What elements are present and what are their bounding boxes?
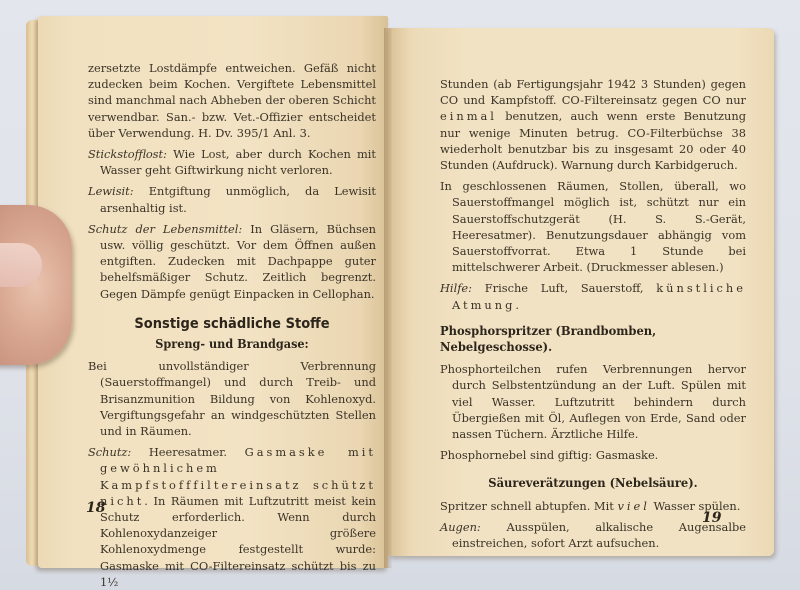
emphasized-text: einmal	[440, 109, 497, 123]
paragraph-text: Wasser spülen.	[650, 499, 740, 513]
term-label: Schutz:	[88, 445, 131, 459]
left-page-text: zersetzte Lostdämpfe entweichen. Gefäß n…	[88, 60, 376, 590]
paragraph-text: Stunden (ab Fertigungsjahr 1942 3 Stunde…	[440, 77, 746, 107]
term-label: Hilfe:	[440, 281, 472, 295]
paragraph-phosphornebel: Phosphornebel sind giftig: Gasmaske.	[440, 447, 746, 463]
paragraph-text: Phosphornebel sind giftig: Gasmaske.	[440, 448, 658, 462]
paragraph-text: Entgiftung unmöglich, da Lewisit arsenha…	[100, 184, 376, 214]
paragraph-schutz: Schutz: Heeresatmer. Gasmaske mit gewöhn…	[88, 444, 376, 590]
paragraph-spritzer: Spritzer schnell abtupfen. Mit viel Wass…	[440, 498, 746, 514]
paragraph-hilfe: Hilfe: Frische Luft, Sauerstoff, künstli…	[440, 280, 746, 312]
paragraph-schutz-lebensmittel: Schutz der Lebensmittel: In Gläsern, Büc…	[88, 221, 376, 302]
open-booklet: zersetzte Lostdämpfe entweichen. Gefäß n…	[0, 0, 800, 590]
right-page-text: Stunden (ab Fertigungsjahr 1942 3 Stunde…	[440, 76, 746, 556]
paragraph-text: Frische Luft, Sauerstoff,	[472, 281, 656, 295]
paragraph-stickstofflost: Stickstofflost: Wie Lost, aber durch Koc…	[88, 146, 376, 178]
paragraph-phosphorteilchen: Phosphorteilchen rufen Verbrennungen her…	[440, 361, 746, 442]
term-label: Lewisit:	[88, 184, 134, 198]
paragraph-text: Bei unvollständiger Verbrennung (Sauerst…	[88, 359, 376, 438]
emphasized-text: viel	[617, 499, 649, 513]
thumbnail-nail	[0, 243, 42, 287]
term-label: Schutz der Lebensmittel:	[88, 222, 242, 236]
paragraph-lewisit: Lewisit: Entgiftung unmöglich, da Lewisi…	[88, 183, 376, 215]
term-label: Stickstofflost:	[88, 147, 167, 161]
section-heading-acid: Säureverätzungen (Nebelsäure).	[452, 475, 734, 491]
section-heading: Sonstige schädliche Stoffe	[102, 316, 361, 332]
paragraph-stunden: Stunden (ab Fertigungsjahr 1942 3 Stunde…	[440, 76, 746, 173]
paragraph-text: zersetzte Lostdämpfe entweichen. Gefäß n…	[88, 61, 376, 140]
paragraph-text: Phosphorteilchen rufen Verbrennungen her…	[440, 362, 746, 441]
paragraph: zersetzte Lostdämpfe entweichen. Gefäß n…	[88, 60, 376, 141]
book-gutter	[384, 28, 392, 568]
section-heading-phosphor: Phosphorspritzer (Brandbomben, Nebelgesc…	[440, 323, 722, 355]
paragraph-augen: Augen: Ausspülen, alkalische Augensalbe …	[440, 519, 746, 551]
paragraph-text: .	[515, 298, 519, 312]
page-number-right: 19	[702, 510, 721, 526]
paragraph-text: Spritzer schnell abtupfen. Mit	[440, 499, 617, 513]
term-label: Augen:	[440, 520, 481, 534]
holding-thumb	[0, 205, 72, 365]
paragraph-text: . In Räumen mit Luftzutritt meist kein S…	[100, 494, 376, 589]
page-number-left: 18	[86, 500, 105, 516]
paragraph-raeume: In geschlossenen Räumen, Stollen, überal…	[440, 178, 746, 275]
paragraph-text: In geschlossenen Räumen, Stollen, überal…	[440, 179, 746, 274]
paragraph-verbrennung: Bei unvollständiger Verbrennung (Sauerst…	[88, 358, 376, 439]
paragraph-text: Heeresatmer.	[131, 445, 244, 459]
subsection-heading: Spreng- und Brandgase:	[102, 336, 361, 352]
